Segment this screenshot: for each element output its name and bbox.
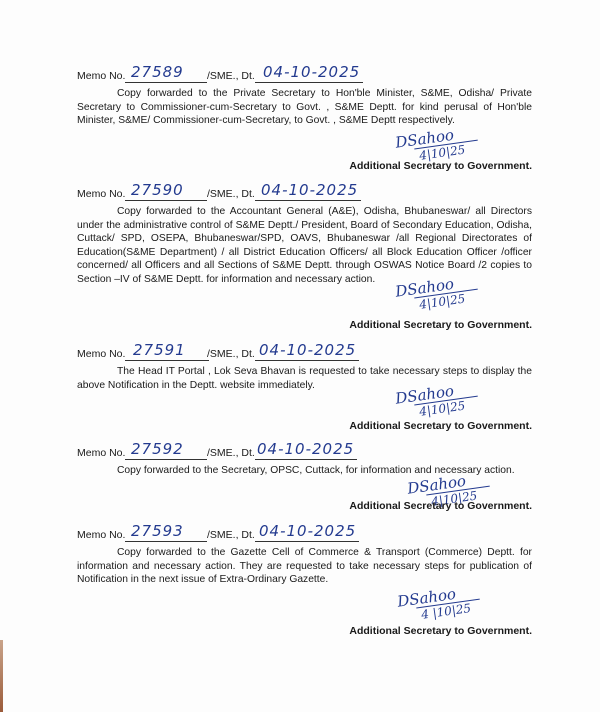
document-page: Memo No. 27589 /SME., Dt. 04-10-2025 Cop…: [0, 0, 600, 712]
memo-label: Memo No.: [77, 529, 125, 541]
memo-header: Memo No. 27591 /SME., Dt. 04-10-2025: [77, 344, 532, 362]
memo-header: Memo No. 27590 /SME., Dt. 04-10-2025: [77, 184, 532, 202]
memo-number: 27589: [125, 64, 207, 83]
handwritten-signature: DSahoo 4|10|25: [395, 130, 479, 159]
memo-header: Memo No. 27589 /SME., Dt. 04-10-2025: [77, 66, 532, 84]
memo-label: Memo No.: [77, 70, 125, 82]
handwritten-signature: DSahoo 4 |10|25: [397, 589, 481, 618]
memo-suffix: /SME., Dt.: [207, 70, 255, 82]
memo-suffix: /SME., Dt.: [207, 529, 255, 541]
handwritten-signature: DSahoo 4|10|25: [395, 386, 479, 415]
memo-label: Memo No.: [77, 188, 125, 200]
designation: Additional Secretary to Government.: [349, 160, 532, 172]
designation: Additional Secretary to Government.: [349, 625, 532, 637]
memo-number: 27592: [125, 441, 207, 460]
memo-suffix: /SME., Dt.: [207, 348, 255, 360]
designation: Additional Secretary to Government.: [349, 420, 532, 432]
memo-header: Memo No. 27592 /SME., Dt. 04-10-2025: [77, 443, 532, 461]
memo-date: 04-10-2025: [255, 441, 357, 460]
memo-27593: Memo No. 27593 /SME., Dt. 04-10-2025 Cop…: [77, 525, 532, 637]
memo-number: 27591: [125, 342, 209, 361]
memo-suffix: /SME., Dt.: [207, 447, 255, 459]
memo-27590: Memo No. 27590 /SME., Dt. 04-10-2025 Cop…: [77, 184, 532, 331]
memo-date: 04-10-2025: [255, 182, 361, 201]
signature-block: DSahoo 4|10|25 Additional Secretary to G…: [77, 287, 532, 331]
memo-27591: Memo No. 27591 /SME., Dt. 04-10-2025 The…: [77, 344, 532, 432]
memo-label: Memo No.: [77, 348, 125, 360]
memo-27589: Memo No. 27589 /SME., Dt. 04-10-2025 Cop…: [77, 66, 532, 172]
memo-date: 04-10-2025: [255, 342, 359, 361]
memo-date: 04-10-2025: [255, 64, 363, 83]
memo-27592: Memo No. 27592 /SME., Dt. 04-10-2025 Cop…: [77, 443, 532, 512]
handwritten-signature: DSahoo 4|10|25: [395, 279, 479, 308]
memo-label: Memo No.: [77, 447, 125, 459]
designation: Additional Secretary to Government.: [349, 319, 532, 331]
memo-body: Copy forwarded to the Private Secretary …: [77, 87, 532, 128]
memo-number: 27593: [125, 523, 207, 542]
signature-block: DSahoo 4|10|25 Additional Secretary to G…: [77, 478, 532, 512]
memo-body: Copy forwarded to the Gazette Cell of Co…: [77, 546, 532, 587]
signature-block: DSahoo 4|10|25 Additional Secretary to G…: [77, 392, 532, 432]
memo-date: 04-10-2025: [255, 523, 359, 542]
memo-suffix: /SME., Dt.: [207, 188, 255, 200]
designation: Additional Secretary to Government.: [349, 500, 532, 512]
signature-block: DSahoo 4|10|25 Additional Secretary to G…: [77, 128, 532, 172]
signature-block: DSahoo 4 |10|25 Additional Secretary to …: [77, 587, 532, 637]
scan-edge: [0, 640, 3, 712]
memo-header: Memo No. 27593 /SME., Dt. 04-10-2025: [77, 525, 532, 543]
memo-number: 27590: [125, 182, 207, 201]
